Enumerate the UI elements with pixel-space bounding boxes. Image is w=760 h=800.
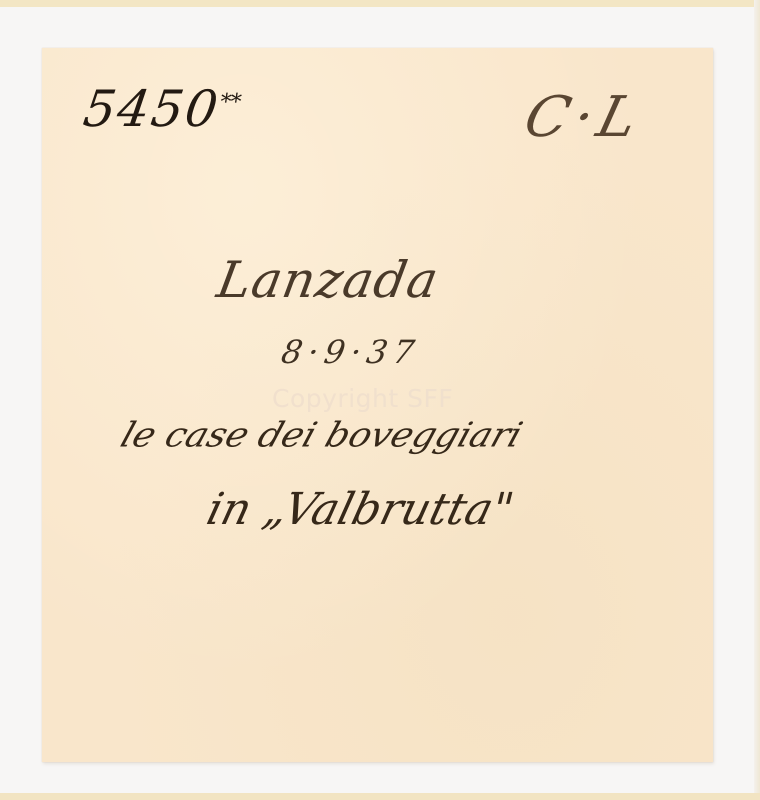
copyright-watermark: Copyright SFF — [272, 386, 453, 411]
description-line-2: in „Valbrutta" — [203, 488, 518, 532]
catalog-number-value: 5450 — [80, 80, 223, 138]
place-name: Lanzada — [214, 255, 443, 305]
frame-edge-bottom — [0, 793, 760, 800]
description-line-1: le case dei boveggiari — [116, 419, 526, 453]
author-initials: C·L — [519, 90, 649, 146]
frame-edge-right — [754, 0, 760, 800]
date: 8·9·37 — [279, 336, 422, 368]
frame-edge-top — [0, 0, 760, 7]
catalog-number: 5450** — [80, 84, 242, 134]
catalog-marks: ** — [218, 90, 242, 115]
